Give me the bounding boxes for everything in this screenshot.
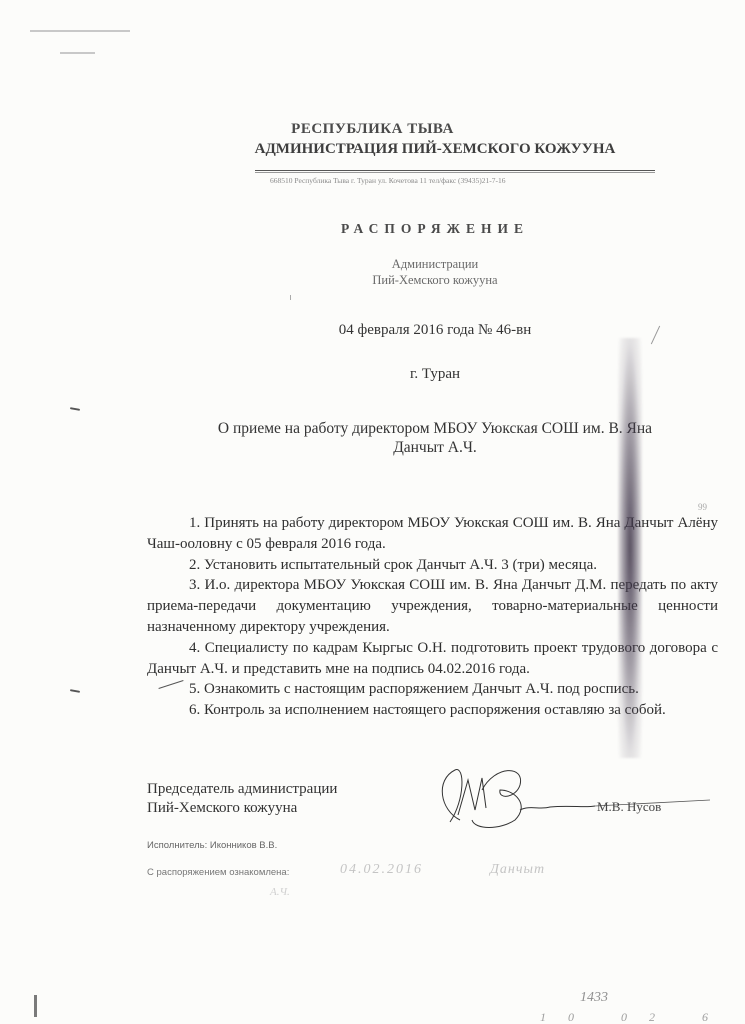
- document-date-number: 04 февраля 2016 года № 46-вн: [0, 322, 745, 339]
- scan-edge-mark: [34, 995, 37, 1017]
- pen-mark: [70, 689, 80, 693]
- acknowledgment-label: С распоряжением ознакомлена:: [147, 867, 289, 878]
- document-type-title: РАСПОРЯЖЕНИЕ: [0, 221, 745, 237]
- handwritten-signature: [420, 760, 720, 835]
- issuer-line-1: Администрации: [0, 257, 745, 272]
- acknowledgment-handwritten-date: 04.02.2016: [340, 862, 423, 878]
- letterhead-republic: РЕСПУБЛИКА ТЫВА: [0, 121, 745, 138]
- margin-note: 99: [698, 502, 707, 512]
- letterhead-address: 668510 Республика Тыва г. Туран ул. Коче…: [270, 176, 630, 185]
- scan-artifact-line: [60, 52, 95, 54]
- signatory-title-line-2: Пий-Хемского кожууна: [147, 800, 297, 817]
- scan-streak-artifact: [618, 338, 642, 758]
- issuer-line-2: Пий-Хемского кожууна: [0, 273, 745, 288]
- acknowledgment-handwritten-signature: Данчыт: [490, 862, 545, 878]
- signatory-name: М.В. Нусов: [597, 799, 661, 815]
- signatory-title-line-1: Председатель администрации: [147, 781, 337, 798]
- registration-marks: 10 02 6: [540, 1010, 730, 1024]
- letterhead-divider: [255, 172, 655, 173]
- pen-mark: [290, 295, 291, 300]
- pen-mark: [70, 407, 80, 411]
- executor-line: Исполнитель: Иконников В.В.: [147, 840, 277, 851]
- registration-number: 1433: [580, 990, 608, 1006]
- letterhead-administration: АДМИНИСТРАЦИЯ ПИЙ-ХЕМСКОГО КОЖУУНА: [0, 141, 745, 158]
- letterhead-divider: [255, 170, 655, 171]
- acknowledgment-handwritten-extra: А.Ч.: [270, 886, 290, 898]
- scan-artifact-line: [30, 30, 130, 32]
